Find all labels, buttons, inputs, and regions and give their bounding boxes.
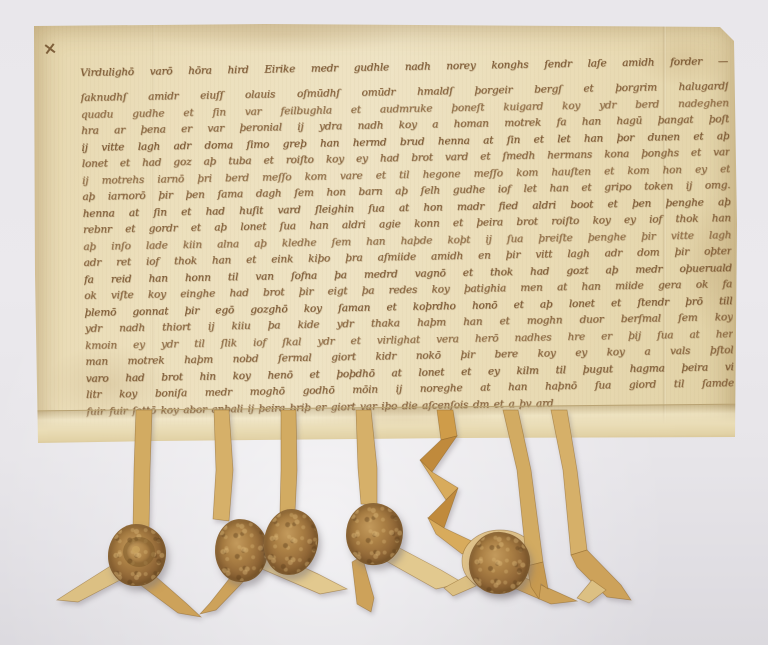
photograph: × Virdulighō varō hōra hird Eirike medr … — [0, 0, 768, 645]
corner-cross-mark: × — [42, 38, 59, 60]
seal-ring-impression — [123, 537, 155, 567]
parchment: × Virdulighō varō hōra hird Eirike medr … — [34, 24, 738, 444]
manuscript-text: Virdulighō varō hōra hird Eirike medr gu… — [80, 54, 743, 438]
seal-center-boss — [132, 546, 140, 553]
manuscript-line: Virdulighō varō hōra hird Eirike medr gu… — [80, 54, 728, 82]
